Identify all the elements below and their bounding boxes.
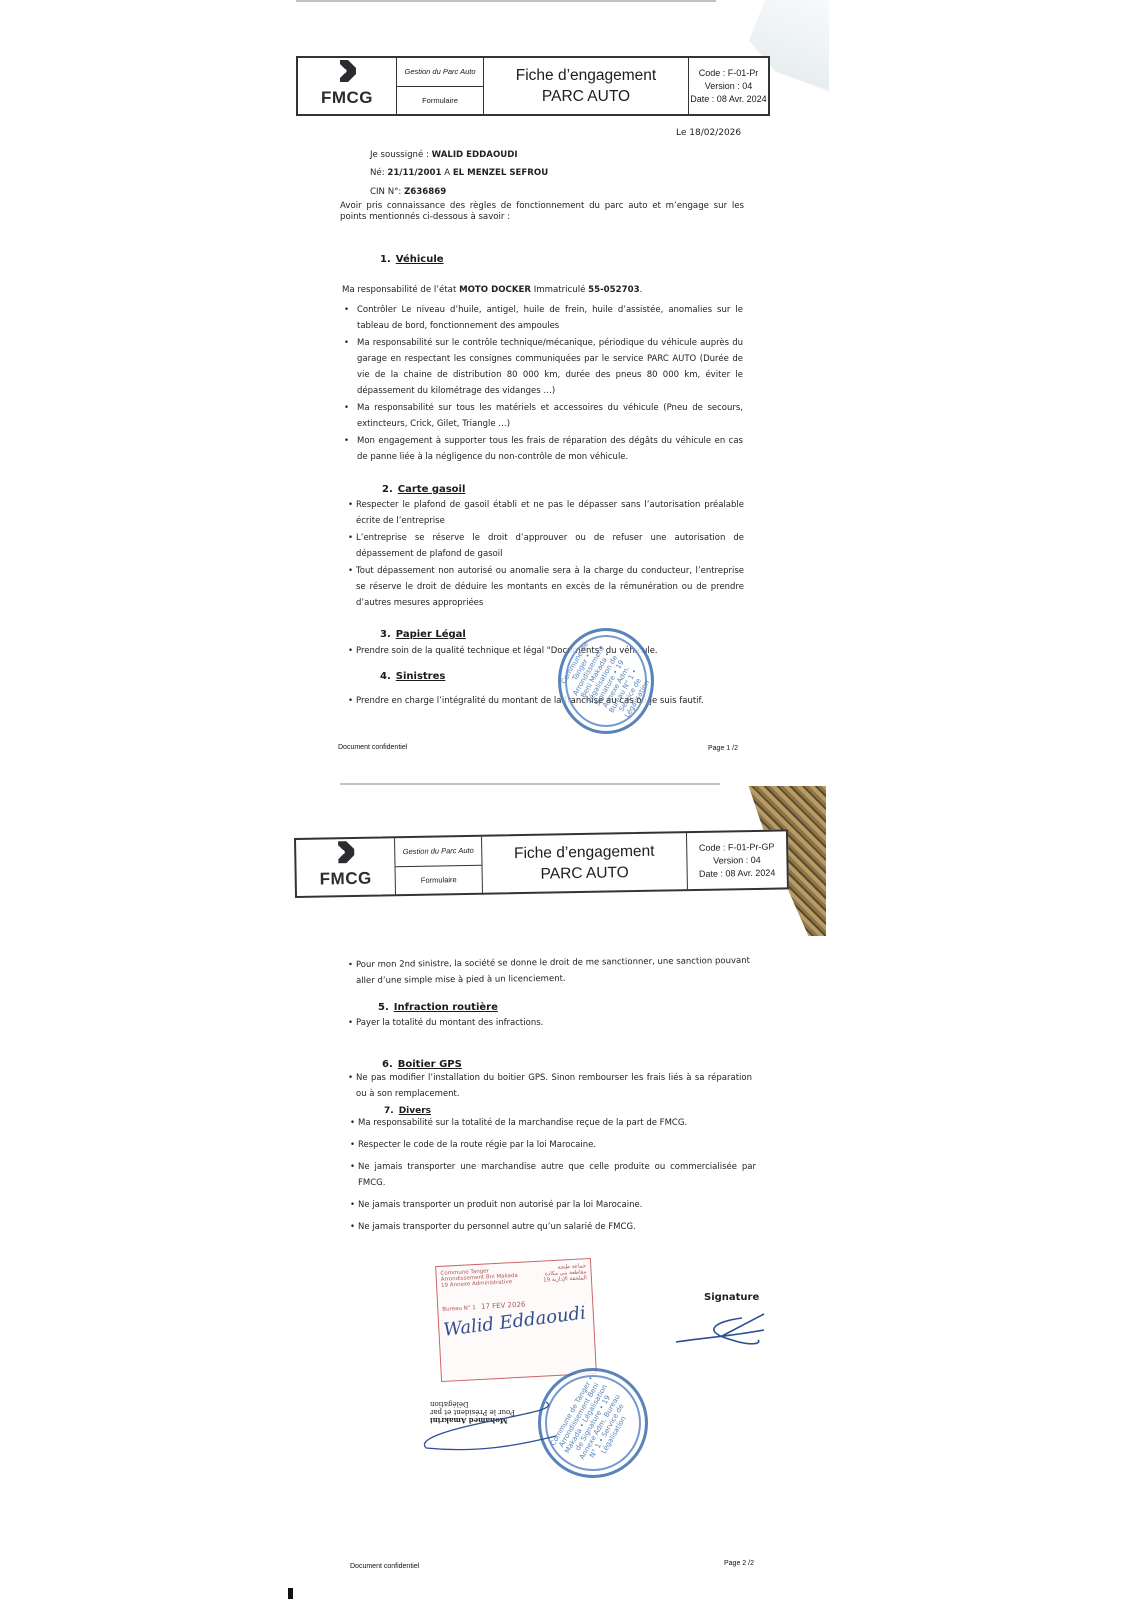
doc-code: Code : F-01-Pr [699,67,759,80]
doc-date: Date : 08 Avr. 2024 [690,93,766,106]
carte-gasoil-bullets: Respecter le plafond de gasoil établi et… [348,497,744,612]
identity-cin: CIN N°: Z636869 [370,184,446,200]
list-item: Ne jamais transporter une marchandise au… [350,1159,756,1191]
doc-date: Date : 08 Avr. 2024 [699,866,776,880]
list-item: Respecter le code de la route régie par … [350,1137,756,1153]
logo-arrow-icon [336,60,358,86]
logo-tagline [345,890,346,894]
signature-scribble [672,1310,772,1350]
vehicule-bullets: Contrôler Le niveau d’huile, antigel, hu… [342,302,743,466]
document-title: Fiche d’engagement PARC AUTO [484,58,689,114]
official-signature-scribble [416,1398,566,1458]
list-item: Ne jamais transporter un produit non aut… [350,1197,756,1213]
list-item: L’entreprise se réserve le droit d’appro… [348,530,744,562]
page-1: FMCG Gestion du Parc Auto Formulaire Fic… [0,0,1131,780]
legalization-stamp: Commune de Tanger • Arrondissement Beni … [558,628,654,734]
section-papier-legal-title: 3.Papier Légal [380,629,466,640]
fmcg-logo: FMCG [298,58,397,114]
list-item: Ma responsabilité sur la totalité de la … [350,1115,756,1131]
document-meta: Code : F-01-Pr Version : 04 Date : 08 Av… [689,58,768,114]
legalization-rect-stamp: Commune Tanger Arrondissement Bni Makada… [435,1258,597,1382]
list-item: Ma responsabilité sur tous les matériels… [342,400,743,432]
sinistres-bullets: Prendre en charge l’intégralité du monta… [348,693,748,709]
document-meta: Code : F-01-Pr-GP Version : 04 Date : 08… [687,831,787,889]
list-item: Mon engagement à supporter tous les frai… [342,433,743,465]
list-item: Prendre en charge l’intégralité du monta… [348,693,748,709]
gps-bullets: Ne pas modifier l’installation du boitie… [348,1070,752,1102]
scan-artifact [288,1588,293,1599]
list-item: Payer la totalité du montant des infract… [348,1015,748,1031]
list-item: Respecter le plafond de gasoil établi et… [348,497,744,529]
logo-arrow-icon [334,840,356,866]
document-header: FMCG Gestion du Parc Auto Formulaire Fic… [296,56,770,116]
section-carte-gasoil-title: 2.Carte gasoil [382,484,465,495]
identity-name: Je soussigné : WALID EDDAOUDI [370,147,518,163]
section-vehicule-title: 1.Véhicule [380,254,444,265]
intro-text: Avoir pris connaissance des règles de fo… [340,201,744,223]
signature-label: Signature [704,1290,759,1306]
sinistre-continuation-bullets: Pour mon 2nd sinistre, la société se don… [348,953,750,989]
fmcg-logo: FMCG [296,838,396,896]
place-date: Le 18/02/2026 [676,125,741,141]
section-sinistres-title: 4.Sinistres [380,671,445,682]
footer-page-number: Page 1 /2 [708,745,738,752]
logo-tagline [347,109,348,113]
doc-version: Version : 04 [705,80,753,93]
divers-bullets: Ma responsabilité sur la totalité de la … [350,1115,756,1241]
doc-type-label: Formulaire [397,87,483,115]
vehicule-lead: Ma responsabilité de l’état MOTO DOCKER … [342,282,642,298]
list-item: Tout dépassement non autorisé ou anomali… [348,563,744,611]
scan-edge [296,0,716,2]
document-title: Fiche d’engagement PARC AUTO [482,833,688,893]
papier-legal-bullets: Prendre soin de la qualité technique et … [348,643,748,659]
list-item: Ne pas modifier l’installation du boitie… [348,1070,752,1102]
doc-version: Version : 04 [713,853,761,867]
infraction-bullets: Payer la totalité du montant des infract… [348,1015,748,1031]
department-label: Gestion du Parc Auto [397,58,483,87]
department-label: Gestion du Parc Auto [395,837,481,867]
scan-edge [340,783,720,785]
footer-page-number: Page 2 /2 [724,1560,754,1567]
identity-birth: Né: 21/11/2001 A EL MENZEL SEFROU [370,165,548,181]
doc-code: Code : F-01-Pr-GP [699,840,775,854]
doc-type-label: Formulaire [396,865,482,894]
section-gps-title: 6.Boitier GPS [382,1059,462,1070]
document-header: FMCG Gestion du Parc Auto Formulaire Fic… [294,829,789,898]
footer-confidential: Document confidentiel [338,744,407,751]
list-item: Ne jamais transporter du personnel autre… [350,1219,756,1235]
section-infraction-title: 5.Infraction routière [378,1002,498,1013]
list-item: Ma responsabilité sur le contrôle techni… [342,335,743,399]
list-item: Contrôler Le niveau d’huile, antigel, hu… [342,302,743,334]
list-item: Pour mon 2nd sinistre, la société se don… [348,953,750,989]
list-item: Prendre soin de la qualité technique et … [348,643,748,659]
footer-confidential: Document confidentiel [350,1563,419,1570]
